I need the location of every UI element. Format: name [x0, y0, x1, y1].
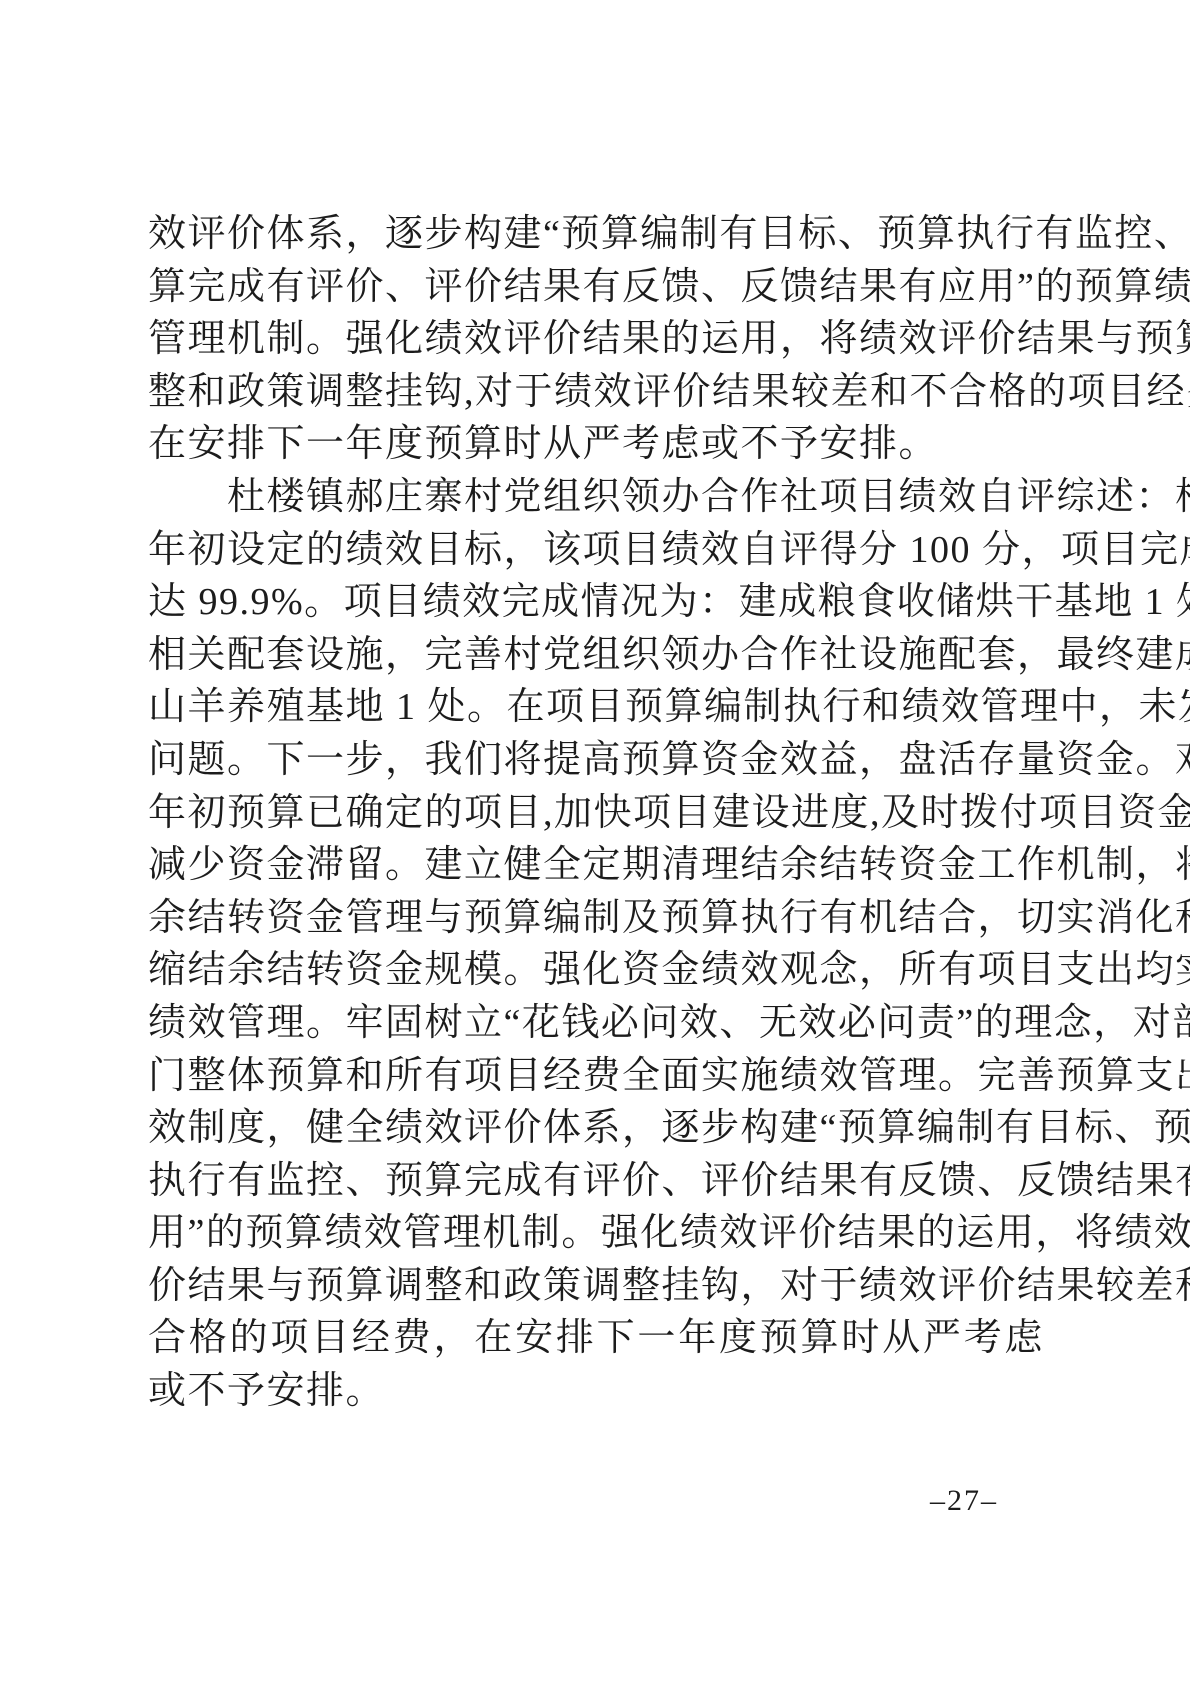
text-line: 减少资金滞留。建立健全定期清理结余结转资金工作机制，将结: [148, 839, 1044, 892]
text-line: 用”的预算绩效管理机制。强化绩效评价结果的运用，将绩效评: [148, 1207, 1044, 1260]
text-line: 达 99.9%。项目绩效完成情况为：建成粮食收储烘干基地 1 处及: [148, 576, 1044, 629]
text-line: 整和政策调整挂钩,对于绩效评价结果较差和不合格的项目经费，: [148, 366, 1044, 419]
text-line: 效制度，健全绩效评价体系，逐步构建“预算编制有目标、预算: [148, 1102, 1044, 1155]
text-line: 绩效管理。牢固树立“花钱必问效、无效必问责”的理念，对部: [148, 997, 1044, 1050]
text-line: 管理机制。强化绩效评价结果的运用，将绩效评价结果与预算调: [148, 313, 1044, 366]
text-line: 年初设定的绩效目标，该项目绩效自评得分 100 分，项目完成率: [148, 524, 1044, 577]
text-line: 算完成有评价、评价结果有反馈、反馈结果有应用”的预算绩效: [148, 261, 1044, 314]
text-line: 效评价体系，逐步构建“预算编制有目标、预算执行有监控、预: [148, 208, 1044, 261]
text-line: 相关配套设施，完善村党组织领办合作社设施配套，最终建成白: [148, 629, 1044, 682]
text-line: 山羊养殖基地 1 处。在项目预算编制执行和绩效管理中，未发现: [148, 681, 1044, 734]
text-line: 余结转资金管理与预算编制及预算执行有机结合，切实消化和压: [148, 892, 1044, 945]
text-line: 合格的项目经费，在安排下一年度预算时从严考虑或不予安排。: [148, 1312, 1044, 1365]
document-body: 效评价体系，逐步构建“预算编制有目标、预算执行有监控、预 算完成有评价、评价结果…: [148, 208, 1044, 1365]
document-page: 效评价体系，逐步构建“预算编制有目标、预算执行有监控、预 算完成有评价、评价结果…: [0, 0, 1190, 1683]
text-line: 门整体预算和所有项目经费全面实施绩效管理。完善预算支出绩: [148, 1050, 1044, 1103]
text-line: 问题。下一步，我们将提高预算资金效益，盘活存量资金。对于: [148, 734, 1044, 787]
text-line: 年初预算已确定的项目,加快项目建设进度,及时拨付项目资金，: [148, 787, 1044, 840]
text-line: 执行有监控、预算完成有评价、评价结果有反馈、反馈结果有应: [148, 1155, 1044, 1208]
text-line: 缩结余结转资金规模。强化资金绩效观念，所有项目支出均实施: [148, 944, 1044, 997]
text-line: 价结果与预算调整和政策调整挂钩，对于绩效评价结果较差和不: [148, 1260, 1044, 1313]
text-line-paragraph-start: 杜楼镇郝庄寨村党组织领办合作社项目绩效自评综述：根据: [148, 471, 1044, 524]
page-number: –27–: [930, 1483, 998, 1519]
text-line: 在安排下一年度预算时从严考虑或不予安排。: [148, 418, 1044, 471]
